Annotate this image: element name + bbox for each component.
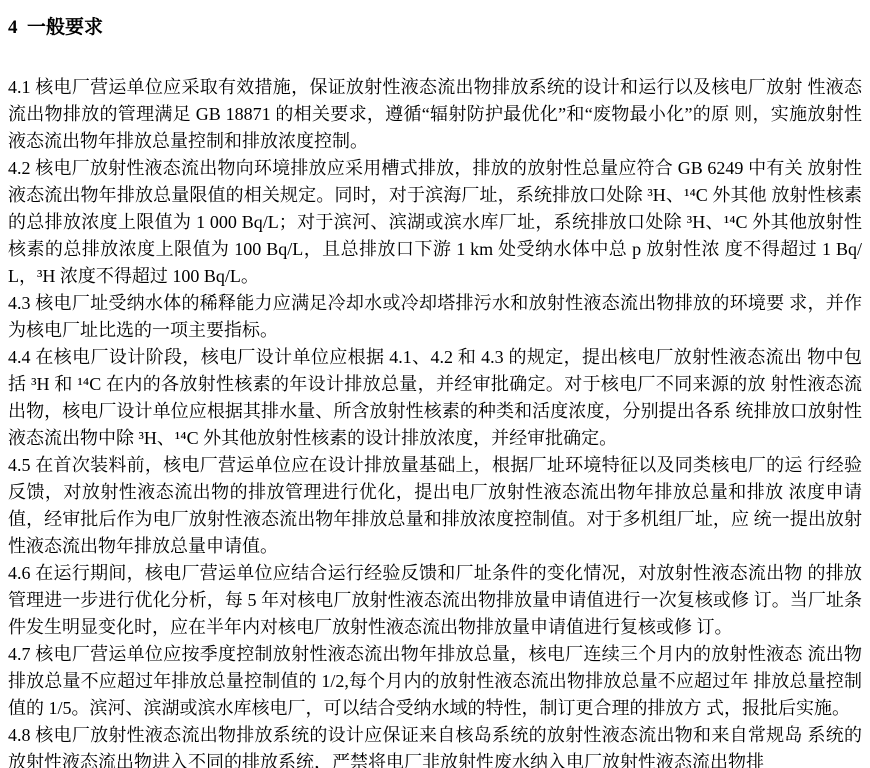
paragraph-4-8: 4.8 核电厂放射性液态流出物排放系统的设计应保证来自核岛系统的放射性液态流出物… xyxy=(8,722,862,768)
paragraph-4-6: 4.6 在运行期间，核电厂营运单位应结合运行经验反馈和厂址条件的变化情况，对放射… xyxy=(8,560,862,641)
paragraph-4-7: 4.7 核电厂营运单位应按季度控制放射性液态流出物年排放总量，核电厂连续三个月内… xyxy=(8,641,862,722)
paragraph-4-4: 4.4 在核电厂设计阶段，核电厂设计单位应根据 4.1、4.2 和 4.3 的规… xyxy=(8,344,862,452)
paragraph-4-2: 4.2 核电厂放射性液态流出物向环境排放应采用槽式排放，排放的放射性总量应符合 … xyxy=(8,155,862,290)
paragraph-4-1: 4.1 核电厂营运单位应采取有效措施，保证放射性液态流出物排放系统的设计和运行以… xyxy=(8,74,862,155)
paragraph-4-3: 4.3 核电厂址受纳水体的稀释能力应满足冷却水或冷却塔排污水和放射性液态流出物排… xyxy=(8,290,862,344)
paragraph-4-5: 4.5 在首次装料前，核电厂营运单位应在设计排放量基础上，根据厂址环境特征以及同… xyxy=(8,452,862,560)
document-page: 4 一般要求 4.1 核电厂营运单位应采取有效措施，保证放射性液态流出物排放系统… xyxy=(0,0,870,768)
section-title: 4 一般要求 xyxy=(8,16,862,40)
